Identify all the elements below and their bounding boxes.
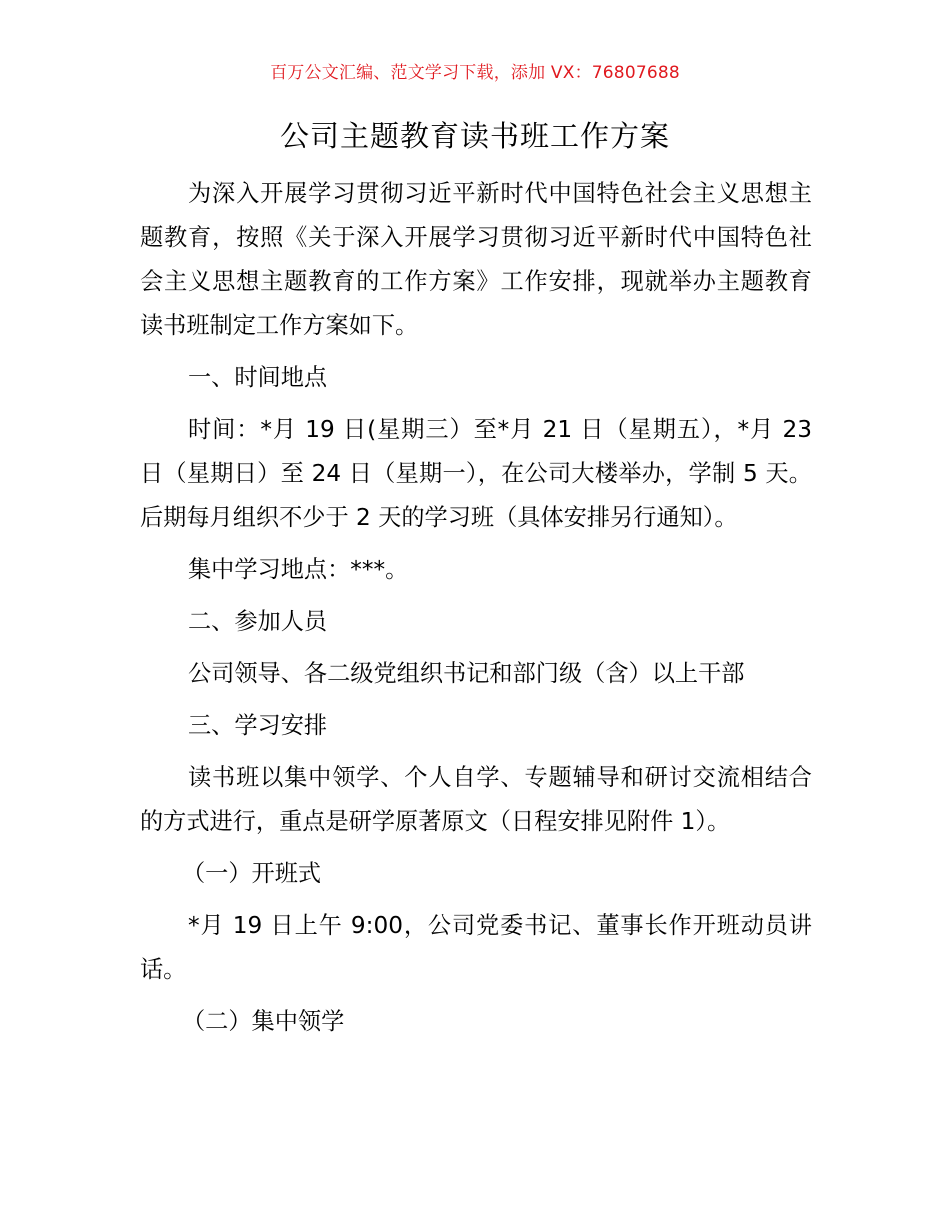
document-title: 公司主题教育读书班工作方案 [0,114,950,155]
intro-paragraph: 为深入开展学习贯彻习近平新时代中国特色社会主义思想主题教育，按照《关于深入开展学… [140,172,812,348]
section-heading-time-place: 一、时间地点 [140,356,812,400]
location-paragraph: 集中学习地点：***。 [140,548,812,592]
document-body: 为深入开展学习贯彻习近平新时代中国特色社会主义思想主题教育，按照《关于深入开展学… [140,172,812,1052]
section-heading-study-arrangement: 三、学习安排 [140,704,812,748]
opening-ceremony-paragraph: *月 19 日上午 9:00，公司党委书记、董事长作开班动员讲话。 [140,904,812,992]
subheading-centralized-study: （二）集中领学 [140,1000,812,1044]
participants-paragraph: 公司领导、各二级党组织书记和部门级（含）以上干部 [140,652,812,696]
study-arrangement-paragraph: 读书班以集中领学、个人自学、专题辅导和研讨交流相结合的方式进行，重点是研学原著原… [140,756,812,844]
section-heading-participants: 二、参加人员 [140,600,812,644]
subheading-opening-ceremony: （一）开班式 [140,852,812,896]
watermark-header: 百万公文汇编、范文学习下载，添加 VX：76807688 [0,58,950,83]
time-paragraph: 时间：*月 19 日(星期三）至*月 21 日（星期五），*月 23 日（星期日… [140,408,812,540]
